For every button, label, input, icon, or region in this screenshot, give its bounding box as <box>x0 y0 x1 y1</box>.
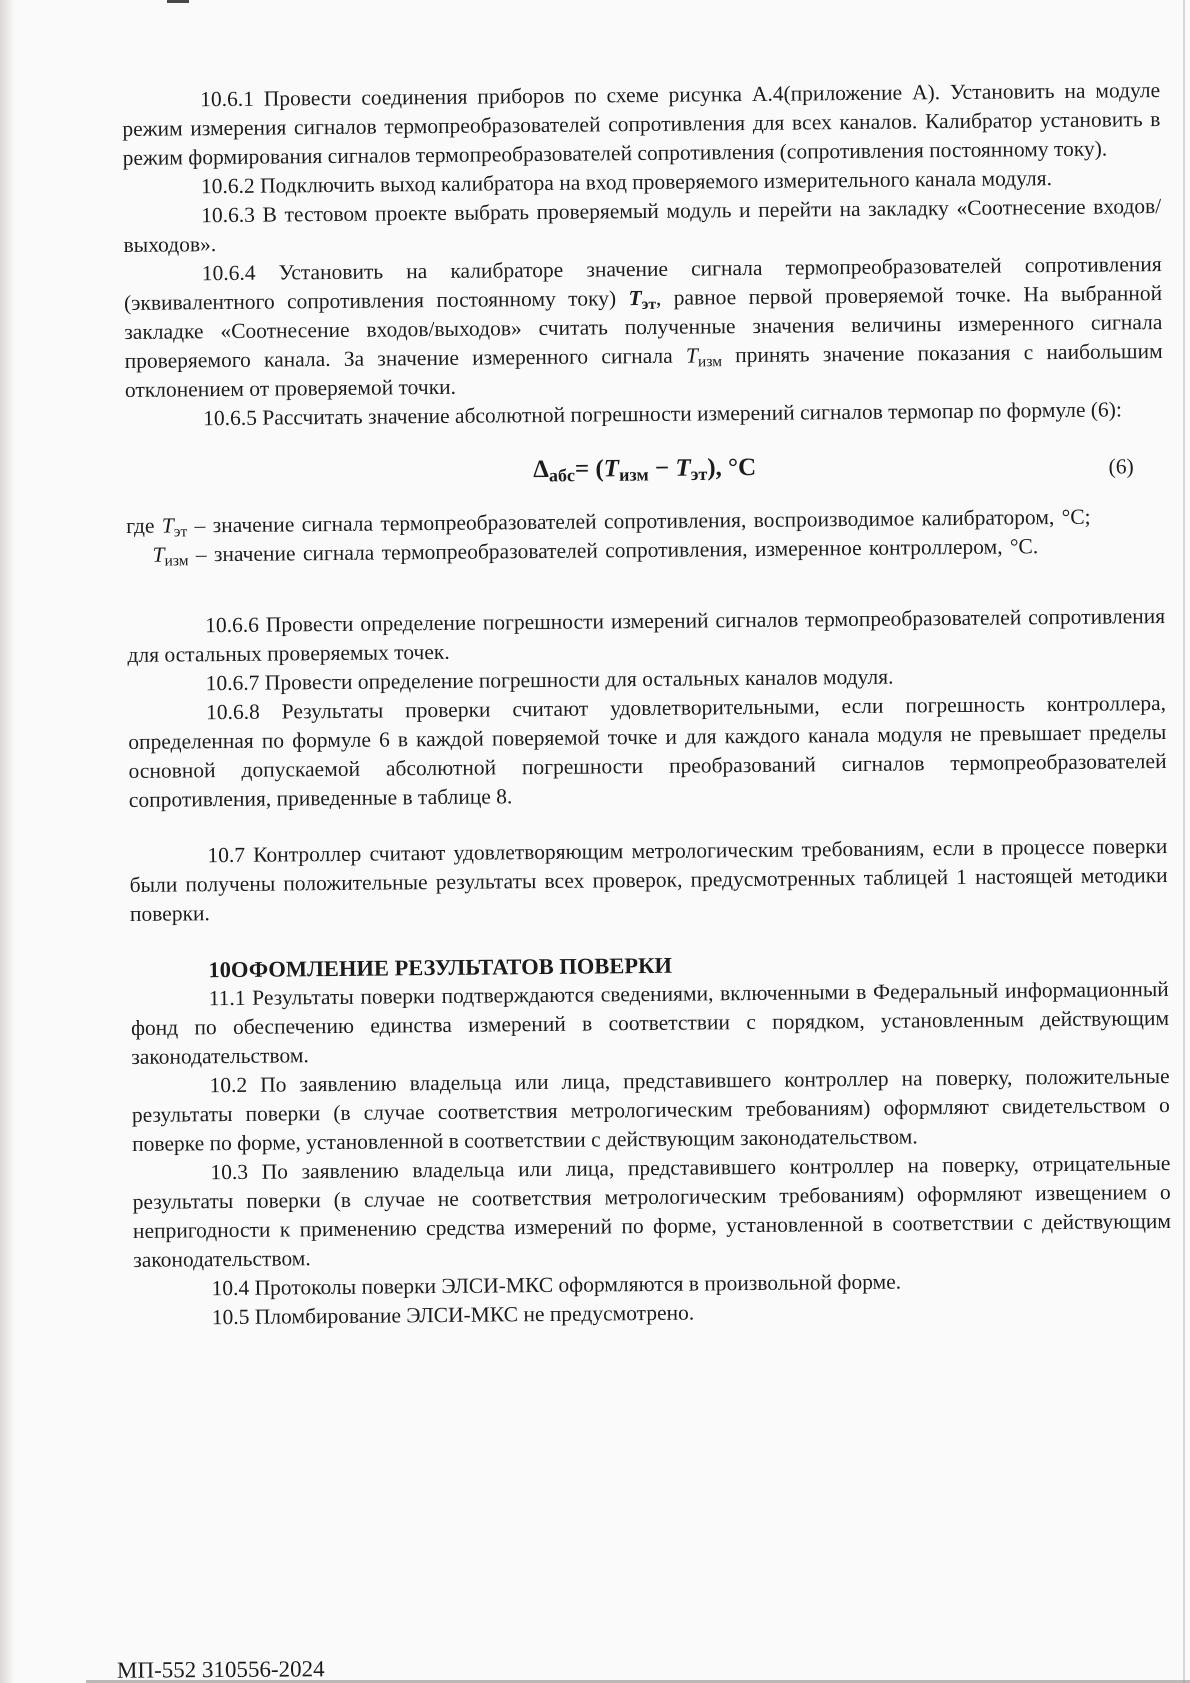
paragraph-10-7: 10.7 Контроллер считают удовлетворяющим … <box>129 832 1168 929</box>
paragraph-10-6-6: 10.6.6 Провести определение погрешности … <box>127 602 1166 670</box>
formula-6: Δабс= (Тизм − Тэт), °С(6) <box>126 450 1164 488</box>
formula-expression: Δабс= (Тизм − Тэт), °С <box>533 454 756 483</box>
symbol-t-measured: Тизм <box>152 542 188 566</box>
paragraph-10-6-4: 10.6.4 Установить на калибраторе значени… <box>124 250 1163 405</box>
scan-edge-line-right <box>1183 0 1185 1683</box>
document-number-footer: МП-552 310556-2024 <box>117 1654 325 1683</box>
paragraph-10-6-1: 10.6.1 Провести соединения приборов по с… <box>122 76 1161 173</box>
symbol-t-measured: Тизм <box>686 343 722 367</box>
delta-symbol: Δ <box>533 456 549 483</box>
paragraph-10-6-3: 10.6.3 В тестовом проекте выбрать провер… <box>123 192 1162 260</box>
scan-edge-shadow-left <box>0 0 14 1683</box>
scan-artifact-top <box>167 0 189 3</box>
scanned-document-page: 10.6.1 Провести соединения приборов по с… <box>0 0 1190 1683</box>
formula-number: (6) <box>1109 454 1134 479</box>
symbol-t-measured: Т <box>604 455 620 482</box>
symbol-t-etalon: Т <box>675 455 691 482</box>
document-body: 10.6.1 Провести соединения приборов по с… <box>122 76 1172 1333</box>
paragraph-11-1: 11.1 Результаты поверки подтверждаются с… <box>131 975 1170 1072</box>
paragraph-10-3: 10.3 По заявлению владельца или лица, пр… <box>132 1149 1171 1275</box>
symbol-t-etalon: Тэт <box>628 286 656 310</box>
paragraph-10-2: 10.2 По заявлению владельца или лица, пр… <box>131 1062 1170 1159</box>
symbol-t-etalon: Тэт <box>162 513 188 537</box>
paragraph-10-6-8: 10.6.8 Результаты проверки считают удовл… <box>128 689 1167 815</box>
